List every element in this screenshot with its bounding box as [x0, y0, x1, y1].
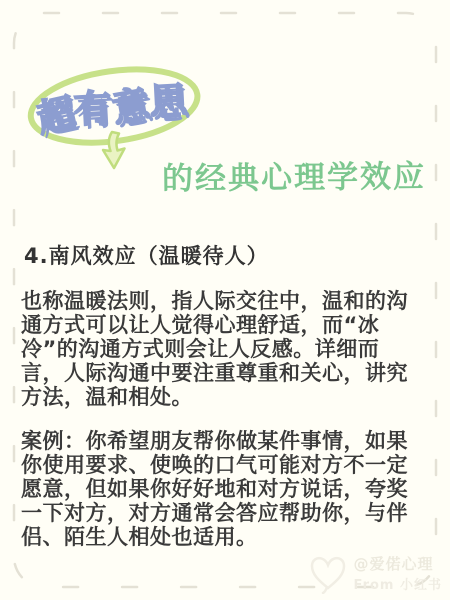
badge-char: 有: [73, 77, 114, 133]
paragraph-line: 你使用要求、使唤的口气可能对方不一定: [21, 453, 433, 477]
paragraph-line: 侣、陌生人相处也适用。: [21, 525, 433, 549]
down-arrow-icon: [97, 130, 131, 170]
paragraph-line: 愿意，但如果你好好地和对方说话，夸奖: [21, 477, 433, 501]
case-paragraph: 案例：你希望朋友帮你做某件事情，如果 你使用要求、使唤的口气可能对方不一定 愿意…: [21, 429, 433, 549]
heart-icon: [308, 552, 348, 594]
badge-char: 意: [108, 73, 155, 133]
paragraph-line: 一下对方，对方通常会答应帮助你，与伴: [21, 501, 433, 525]
paragraph-line: 冷”的沟通方式则会让人反感。详细而: [21, 337, 433, 361]
paragraph-line: 案例：你希望朋友帮你做某件事情，如果: [21, 429, 433, 453]
paragraph-line: 言，人际沟通中要注重尊重和关心，讲究: [21, 361, 433, 385]
definition-paragraph: 也称温暖法则，指人际交往中，温和的沟 通方式可以让人觉得心理舒适，而“冰 冷”的…: [21, 289, 433, 409]
watermark: @爱偌心理 From 小红书: [308, 552, 442, 594]
paragraph-line: 方法，温和相处。: [21, 385, 433, 409]
paragraph-line: 通方式可以让人觉得心理舒适，而“冰: [21, 313, 433, 337]
watermark-handle: @爱偌心理: [354, 553, 442, 574]
section-heading: 4.南风效应（温暖待人）: [24, 240, 269, 270]
psychology-card: { "page": { "background_color": "#FFFEF6…: [0, 0, 450, 600]
watermark-source: From 小红书: [354, 574, 442, 593]
badge-char: 思: [148, 70, 189, 126]
series-subtitle: 的经典心理学效应: [162, 151, 426, 198]
paragraph-line: 也称温暖法则，指人际交往中，温和的沟: [21, 289, 433, 313]
